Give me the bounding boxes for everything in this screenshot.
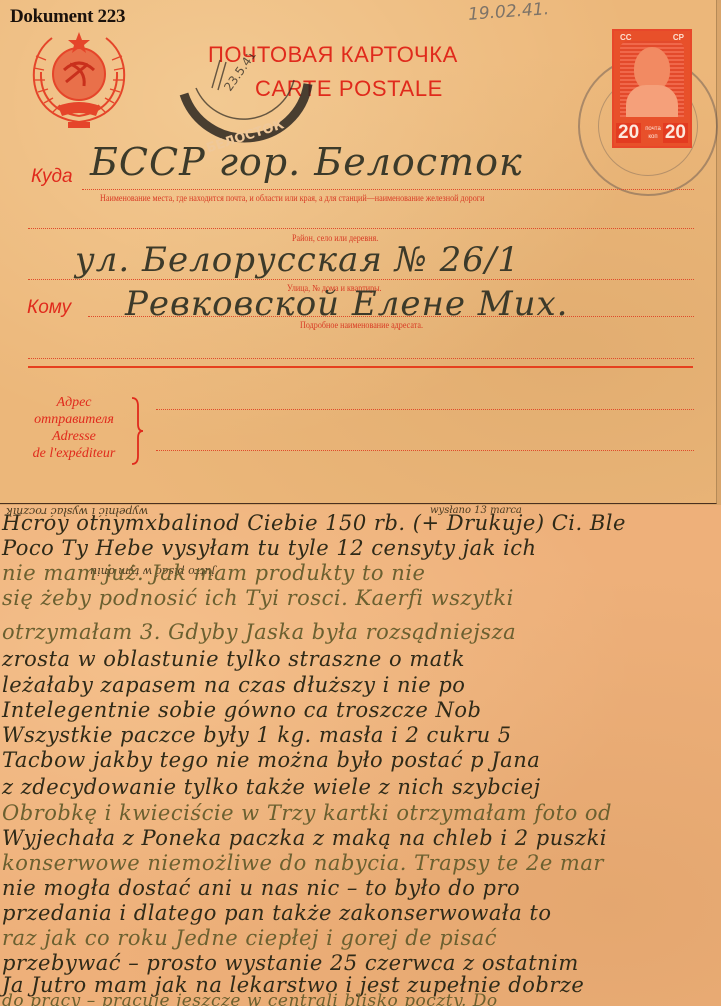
extra-address-line bbox=[28, 358, 694, 359]
message-line: Wyjechała z Poneka paczka z maką na chle… bbox=[2, 826, 607, 850]
message-line: Obrobkę i kwieciście w Trzy kartki otrzy… bbox=[2, 801, 612, 825]
district-line bbox=[28, 228, 694, 229]
postcard-front: Dokument 223 19.02.41. ПОЧТОВАЯ КАРТОЧКА… bbox=[0, 0, 717, 504]
message-line: przedania i dlatego pan także zakonserwo… bbox=[2, 901, 552, 925]
postcard-back-message: wypełnić i wysłać rocznik jutro pisać w … bbox=[0, 505, 721, 1006]
message-line: do pracy – pracuję jeszcze w centrali bl… bbox=[2, 991, 498, 1006]
street-line bbox=[28, 279, 694, 280]
where-caption: Наименование места, где находится почта,… bbox=[100, 193, 484, 203]
message-line: raz jak co roku Jedne ciepłej i gorej de… bbox=[2, 926, 497, 950]
to-line bbox=[88, 316, 694, 317]
sender-address-label: Адрес отправителя Adresse de l'expéditeu… bbox=[22, 394, 126, 462]
message-line: Hcroy otnymxbalinod Ciebie 150 rb. (+ Dr… bbox=[2, 511, 626, 535]
street-handwritten: ул. Белорусская № 26/1 bbox=[75, 240, 520, 280]
document-label: Dokument 223 bbox=[10, 6, 125, 28]
message-line: przebywać – prosto wystanie 25 czerwca z… bbox=[2, 951, 579, 975]
message-line: otrzymałam 3. Gdyby Jaska była rozsądnie… bbox=[2, 620, 516, 644]
postmark-cancellation-icon: 23.5.41 БЕЛОСТОК bbox=[176, 54, 326, 154]
stamp-portrait-icon bbox=[620, 41, 684, 117]
stamp-value-left: 20 bbox=[616, 123, 641, 143]
to-caption: Подробное наименование адресата. bbox=[300, 320, 423, 330]
where-label: Куда bbox=[31, 166, 73, 188]
message-line: nie mam już. Jak mam produkty to nie bbox=[2, 561, 425, 585]
ussr-emblem-icon bbox=[26, 26, 132, 130]
sender-line-2 bbox=[156, 450, 694, 451]
message-line: nie mogła dostać ani u nas nic – to było… bbox=[2, 876, 520, 900]
to-label: Кому bbox=[27, 297, 71, 319]
message-line: z zdecydowanie tylko także wiele z nich … bbox=[2, 775, 541, 799]
message-line: zrosta w oblastunie tylko straszne o mat… bbox=[2, 647, 465, 671]
message-line: Tacbow jakby tego nie można było postać … bbox=[2, 748, 540, 772]
to-handwritten: Ревковской Елене Мих. bbox=[125, 284, 568, 324]
pencil-date-note: 19.02.41. bbox=[467, 0, 549, 25]
message-line: Intelegentnie sobie gówno ca troszcze No… bbox=[2, 698, 481, 722]
sender-line-1 bbox=[156, 409, 694, 410]
where-line bbox=[82, 189, 694, 190]
message-line: się żeby podnosić ich Tyi rosci. Kaerfi … bbox=[2, 586, 514, 610]
address-divider bbox=[28, 366, 693, 368]
message-line: konserwowe niemożliwe do nabycia. Trapsy… bbox=[2, 851, 604, 875]
message-line: Wszystkie paczce były 1 kg. masła i 2 cu… bbox=[2, 723, 512, 747]
where-handwritten: БССР гор. Белосток bbox=[90, 140, 523, 184]
postage-stamp: СС СР 20 почта коп 20 bbox=[612, 29, 692, 148]
message-line: leżałaby zapasem na czas dłuższy i nie p… bbox=[2, 673, 465, 697]
brace-icon bbox=[130, 396, 144, 466]
stamp-center-text: почта коп bbox=[641, 125, 665, 141]
stamp-value-right: 20 bbox=[663, 123, 688, 143]
message-line: Poco Ty Hebe vysyłam tu tyle 12 censyty … bbox=[2, 536, 537, 560]
postmark-date: 23.5.41 bbox=[221, 54, 259, 94]
